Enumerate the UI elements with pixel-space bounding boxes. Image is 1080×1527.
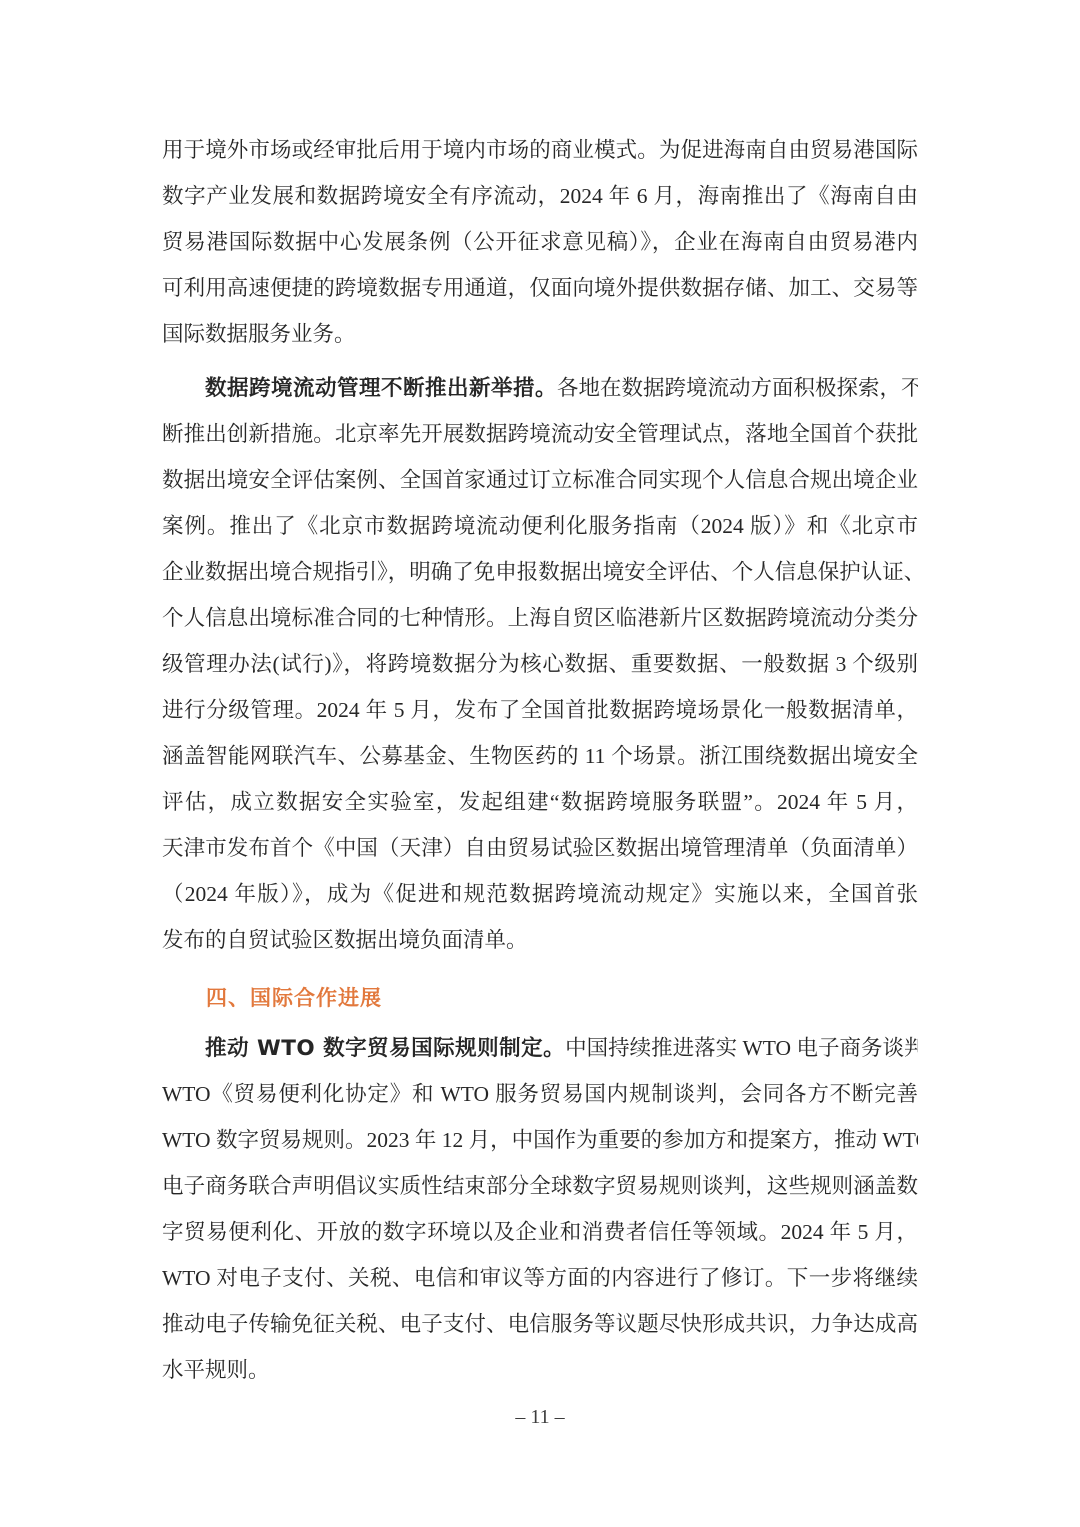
text-line: 涵盖智能网联汽车、公募基金、生物医药的 11 个场景。浙江围绕数据出境安全 bbox=[162, 733, 918, 779]
text-line: WTO 数字贸易规则。2023 年 12 月，中国作为重要的参加方和提案方，推动… bbox=[162, 1117, 918, 1163]
text-line: 发布的自贸试验区数据出境负面清单。 bbox=[162, 917, 918, 963]
body-text: 水平规则。 bbox=[162, 1358, 270, 1382]
body-text: 字贸易便利化、开放的数字环境以及企业和消费者信任等领域。2024 年 5 月， bbox=[162, 1220, 918, 1244]
body-text: WTO《贸易便利化协定》和 WTO 服务贸易国内规制谈判，会同各方不断完善 bbox=[162, 1082, 918, 1106]
section-heading: 四、国际合作进展 bbox=[162, 979, 918, 1017]
text-line: 断推出创新措施。北京率先开展数据跨境流动安全管理试点，落地全国首个获批 bbox=[162, 411, 918, 457]
lead-text: 数据跨境流动管理不断推出新举措。 bbox=[205, 376, 557, 401]
text-line: 进行分级管理。2024 年 5 月，发布了全国首批数据跨境场景化一般数据清单， bbox=[162, 687, 918, 733]
body-text: WTO 对电子支付、关税、电信和审议等方面的内容进行了修订。下一步将继续 bbox=[162, 1266, 918, 1290]
body-text: 断推出创新措施。北京率先开展数据跨境流动安全管理试点，落地全国首个获批 bbox=[162, 422, 918, 446]
text-line: （2024 年版）》，成为《促进和规范数据跨境流动规定》实施以来，全国首张 bbox=[162, 871, 918, 917]
body-text: 各地在数据跨境流动方面积极探索，不 bbox=[557, 376, 918, 400]
body-text: 可利用高速便捷的跨境数据专用通道，仅面向境外提供数据存储、加工、交易等 bbox=[162, 276, 918, 300]
text-line: WTO 对电子支付、关税、电信和审议等方面的内容进行了修订。下一步将继续 bbox=[162, 1255, 918, 1301]
text-line: 个人信息出境标准合同的七种情形。上海自贸区临港新片区数据跨境流动分类分 bbox=[162, 595, 918, 641]
document-page: 用于境外市场或经审批后用于境内市场的商业模式。为促进海南自由贸易港国际数字产业发… bbox=[0, 0, 1080, 1527]
body-text: 进行分级管理。2024 年 5 月，发布了全国首批数据跨境场景化一般数据清单， bbox=[162, 698, 918, 722]
text-line: 数据出境安全评估案例、全国首家通过订立标准合同实现个人信息合规出境企业 bbox=[162, 457, 918, 503]
text-line: 贸易港国际数据中心发展条例（公开征求意见稿）》，企业在海南自由贸易港内 bbox=[162, 219, 918, 265]
text-line: 字贸易便利化、开放的数字环境以及企业和消费者信任等领域。2024 年 5 月， bbox=[162, 1209, 918, 1255]
body-paragraph: 推动 WTO 数字贸易国际规则制定。中国持续推进落实 WTO 电子商务谈判，WT… bbox=[162, 1025, 918, 1393]
body-paragraph: 用于境外市场或经审批后用于境内市场的商业模式。为促进海南自由贸易港国际数字产业发… bbox=[162, 127, 918, 357]
text-line: 国际数据服务业务。 bbox=[162, 311, 918, 357]
body-text: 涵盖智能网联汽车、公募基金、生物医药的 11 个场景。浙江围绕数据出境安全 bbox=[162, 744, 918, 768]
text-line: 推动电子传输免征关税、电子支付、电信服务等议题尽快形成共识，力争达成高 bbox=[162, 1301, 918, 1347]
text-line: 推动 WTO 数字贸易国际规则制定。中国持续推进落实 WTO 电子商务谈判， bbox=[162, 1025, 918, 1071]
body-text: （2024 年版）》，成为《促进和规范数据跨境流动规定》实施以来，全国首张 bbox=[162, 882, 918, 906]
lead-text: 推动 WTO 数字贸易国际规则制定。 bbox=[205, 1036, 565, 1061]
body-text: 数字产业发展和数据跨境安全有序流动，2024 年 6 月，海南推出了《海南自由 bbox=[162, 184, 918, 208]
body-text: 用于境外市场或经审批后用于境内市场的商业模式。为促进海南自由贸易港国际 bbox=[162, 138, 918, 162]
body-text: 案例。推出了《北京市数据跨境流动便利化服务指南（2024 版）》和《北京市 bbox=[162, 514, 918, 538]
body-text: 推动电子传输免征关税、电子支付、电信服务等议题尽快形成共识，力争达成高 bbox=[162, 1312, 918, 1336]
body-text: 级管理办法(试行)》，将跨境数据分为核心数据、重要数据、一般数据 3 个级别 bbox=[162, 652, 918, 676]
text-line: 数字产业发展和数据跨境安全有序流动，2024 年 6 月，海南推出了《海南自由 bbox=[162, 173, 918, 219]
text-line: 企业数据出境合规指引》，明确了免申报数据出境安全评估、个人信息保护认证、 bbox=[162, 549, 918, 595]
text-line: WTO《贸易便利化协定》和 WTO 服务贸易国内规制谈判，会同各方不断完善 bbox=[162, 1071, 918, 1117]
text-line: 用于境外市场或经审批后用于境内市场的商业模式。为促进海南自由贸易港国际 bbox=[162, 127, 918, 173]
body-text: 国际数据服务业务。 bbox=[162, 322, 356, 346]
content-area: 用于境外市场或经审批后用于境内市场的商业模式。为促进海南自由贸易港国际数字产业发… bbox=[162, 127, 918, 1393]
body-text: 数据出境安全评估案例、全国首家通过订立标准合同实现个人信息合规出境企业 bbox=[162, 468, 918, 492]
text-line: 电子商务联合声明倡议实质性结束部分全球数字贸易规则谈判，这些规则涵盖数 bbox=[162, 1163, 918, 1209]
page-number: – 11 – bbox=[0, 1402, 1080, 1432]
body-text: WTO 数字贸易规则。2023 年 12 月，中国作为重要的参加方和提案方，推动… bbox=[162, 1128, 918, 1152]
text-line: 数据跨境流动管理不断推出新举措。各地在数据跨境流动方面积极探索，不 bbox=[162, 365, 918, 411]
text-line: 案例。推出了《北京市数据跨境流动便利化服务指南（2024 版）》和《北京市 bbox=[162, 503, 918, 549]
body-text: 电子商务联合声明倡议实质性结束部分全球数字贸易规则谈判，这些规则涵盖数 bbox=[162, 1174, 918, 1198]
body-text: 中国持续推进落实 WTO 电子商务谈判， bbox=[565, 1036, 918, 1060]
body-text: 贸易港国际数据中心发展条例（公开征求意见稿）》，企业在海南自由贸易港内 bbox=[162, 230, 918, 254]
body-text: 个人信息出境标准合同的七种情形。上海自贸区临港新片区数据跨境流动分类分 bbox=[162, 606, 918, 630]
body-text: 企业数据出境合规指引》，明确了免申报数据出境安全评估、个人信息保护认证、 bbox=[162, 560, 918, 584]
text-line: 级管理办法(试行)》，将跨境数据分为核心数据、重要数据、一般数据 3 个级别 bbox=[162, 641, 918, 687]
body-text: 评估，成立数据安全实验室，发起组建“数据跨境服务联盟”。2024 年 5 月， bbox=[162, 790, 918, 814]
text-line: 评估，成立数据安全实验室，发起组建“数据跨境服务联盟”。2024 年 5 月， bbox=[162, 779, 918, 825]
text-line: 天津市发布首个《中国（天津）自由贸易试验区数据出境管理清单（负面清单） bbox=[162, 825, 918, 871]
body-text: 发布的自贸试验区数据出境负面清单。 bbox=[162, 928, 528, 952]
body-paragraph: 数据跨境流动管理不断推出新举措。各地在数据跨境流动方面积极探索，不断推出创新措施… bbox=[162, 365, 918, 963]
text-line: 可利用高速便捷的跨境数据专用通道，仅面向境外提供数据存储、加工、交易等 bbox=[162, 265, 918, 311]
body-text: 天津市发布首个《中国（天津）自由贸易试验区数据出境管理清单（负面清单） bbox=[162, 836, 918, 860]
text-line: 水平规则。 bbox=[162, 1347, 918, 1393]
